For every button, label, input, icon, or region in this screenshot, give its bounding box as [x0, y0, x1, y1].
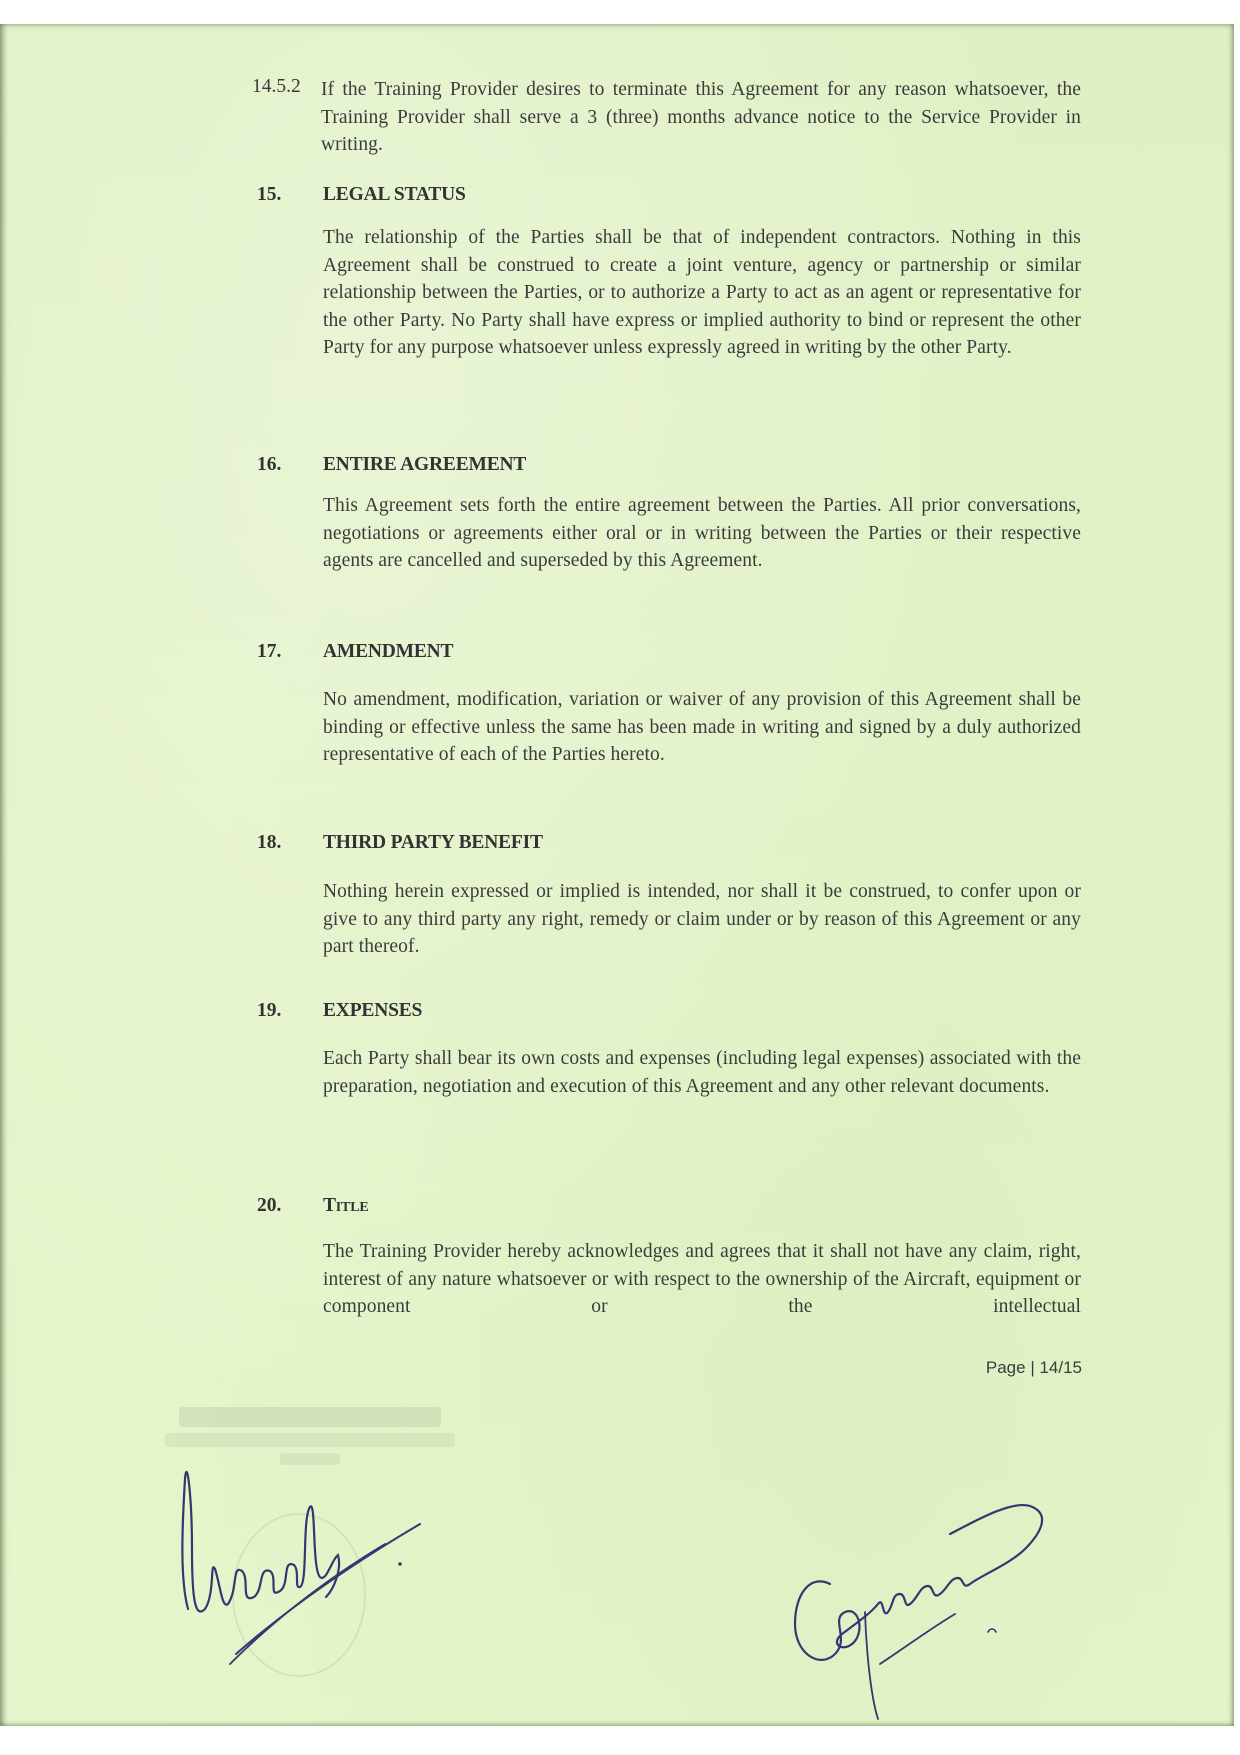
signature-left-icon: [170, 1459, 430, 1679]
clause-16-body: This Agreement sets forth the entire agr…: [323, 492, 1081, 575]
clause-17-body: No amendment, modification, variation or…: [323, 686, 1081, 769]
clause-16-title: ENTIRE AGREEMENT: [323, 454, 526, 476]
clause-17-number: 17.: [257, 641, 281, 663]
clause-19-body: Each Party shall bear its own costs and …: [323, 1045, 1081, 1100]
page-number: Page | 14/15: [986, 1358, 1082, 1378]
clause-16-number: 16.: [257, 454, 281, 476]
subclause-number: 14.5.2: [252, 76, 301, 98]
clause-19-number: 19.: [257, 1000, 281, 1022]
clause-15-number: 15.: [257, 184, 281, 206]
clause-18-number: 18.: [257, 832, 281, 854]
clause-20-title: Title: [323, 1195, 368, 1217]
clause-15-body: The relationship of the Parties shall be…: [323, 224, 1081, 362]
clause-18-body: Nothing herein expressed or implied is i…: [323, 878, 1081, 961]
clause-20-body: The Training Provider hereby acknowledge…: [323, 1238, 1081, 1321]
stamp-bleedthrough: [165, 1407, 455, 1465]
clause-15-title: LEGAL STATUS: [323, 184, 466, 206]
document-page: 14.5.2 If the Training Provider desires …: [0, 24, 1234, 1726]
clause-17-title: AMENDMENT: [323, 641, 453, 663]
clause-18-title: THIRD PARTY BENEFIT: [323, 832, 543, 854]
signature-right-icon: [770, 1494, 1070, 1724]
subclause-text: If the Training Provider desires to term…: [321, 76, 1081, 159]
clause-20-number: 20.: [257, 1195, 281, 1217]
clause-19-title: EXPENSES: [323, 1000, 422, 1022]
